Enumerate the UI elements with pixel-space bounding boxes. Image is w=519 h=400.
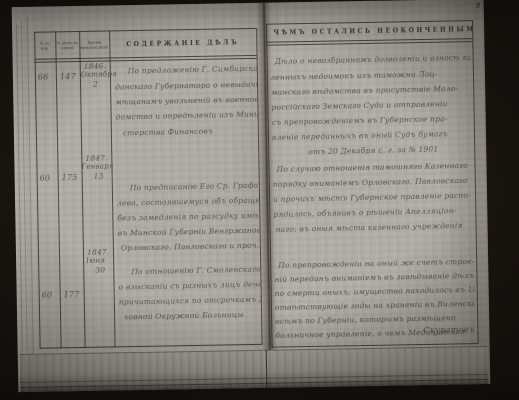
entry-line: По случаю отношенія тамошняго Казеннаго	[276, 162, 468, 174]
signature: Скуратовъ	[423, 326, 475, 335]
entry2-date-month: Генваря	[81, 163, 113, 171]
entry-line: По препровожденіи на оный же счетъ строе…	[278, 258, 474, 270]
entry1-date-year: 1846.	[84, 62, 107, 70]
book-spread: № по пор. № дѣлъ по описи Время начатія …	[12, 0, 491, 392]
entry2-no-order: 60	[40, 174, 51, 182]
bottom-page-edges	[20, 346, 489, 392]
entry3-date-month: Іюня	[86, 258, 105, 265]
page-number: 9	[476, 3, 481, 10]
entry-line: въ Минской Губерніи Венгржановскаго	[118, 226, 263, 237]
entry-line: По предписанію Его Ср. Графа Кисе-	[130, 181, 263, 192]
left-colhead-opis-number: № дѣлъ по описи	[55, 32, 79, 58]
entry-line: ній переданъ вниманіемъ въ завѣдываніе д…	[274, 272, 474, 284]
entry-line: и прочихъ мѣстъ Губернское правленіе рас…	[273, 192, 471, 204]
entry-line: Дѣло о невозбранномъ дозволеніи и взносѣ…	[275, 54, 475, 66]
entry-line: причитающихся по отсрочкамъ Ду-	[119, 295, 263, 306]
entry-line: отъ 20 Декабря с. г. за № 1901	[308, 145, 438, 155]
entry3-no-opis: 177	[64, 291, 80, 299]
entry-line: по смерти оныхъ; имущество находилось въ…	[275, 285, 477, 297]
entry3-date-year: 1847.	[87, 248, 110, 256]
entry-line: данскаго Губернатора о невыдачѣ	[115, 81, 262, 92]
entry-line: о взысканіи съ разныхъ лицъ денегъ	[119, 280, 263, 291]
entry3-date-day: 30	[95, 267, 105, 275]
entry-line: домство и опредѣленіи изъ Мини-	[116, 111, 262, 122]
entry-line: зенныхъ недоимокъ изъ таможни Лоц-	[271, 70, 438, 81]
entry1-no-order: 66	[38, 73, 49, 81]
entry-line: Орловскаго, Павловскаго и проч.	[121, 242, 259, 252]
entry1-date-day: 2	[93, 81, 98, 89]
entry-line: стерства Финансовъ	[123, 127, 213, 136]
entry3-no-order: 60	[42, 291, 53, 299]
left-page-text-column: По предложенію Г. Симбирскаго Граж- данс…	[111, 3, 263, 390]
entry-line: вленіе переданныхъ въ оный Судъ бумагъ	[272, 130, 448, 141]
archival-ledger-photo: № по пор. № дѣлъ по описи Время начатія …	[0, 0, 519, 400]
left-colhead-order-number: № по пор.	[34, 32, 55, 58]
fold-line	[266, 350, 268, 388]
entry-line: россійскаго Земскаго Суда и отправленіи	[271, 100, 447, 111]
entry-line: рядилось, объявивъ о рѣшеніи Апелляціон-	[273, 207, 456, 218]
entry2-no-opis: 175	[62, 174, 78, 182]
entry-line: манскаго вѣдомства въ присутствіе Мало-	[271, 85, 458, 96]
right-page-text-column: Дѣло о невозбранномъ дозволеніи и взносѣ…	[268, 0, 477, 388]
entry-line: лева, состоявшемуся объ обращеніи	[117, 196, 262, 207]
entry2-date-day: 13	[94, 173, 104, 181]
entry-line: безъ замедленія по разсудку имѣній	[117, 211, 262, 222]
entry-line: всѣмъ по Губерніи, которымъ размѣщено	[275, 314, 456, 325]
entry2-date-year: 1847.	[85, 154, 108, 162]
entry-line: отвѣтствующіе годы на храненіи въ Виленс…	[275, 300, 476, 312]
entry-line: съ препровожденіемъ въ Губернское пра-	[272, 115, 448, 126]
entry1-no-opis: 147	[60, 73, 76, 81]
left-colhead-date: Время начатія дѣлъ	[79, 31, 109, 58]
entry-line: мѣщанамъ увольненій въ военное вѣ-	[115, 95, 262, 106]
page-edge-line	[20, 374, 488, 383]
entry-line: ховной Окружной Больницы	[124, 311, 244, 321]
entry-line: По отношенію Г. Смоленскаго	[131, 266, 261, 276]
page-edge-line	[27, 17, 34, 371]
entry-line: порядку вниманіемъ Орловскаго, Павловска…	[273, 177, 468, 189]
entry-line: По предложенію Г. Симбирскаго Граж-	[128, 64, 263, 75]
entry-line: наго; въ оныя мѣста казеннаго учрежденія	[276, 222, 463, 233]
